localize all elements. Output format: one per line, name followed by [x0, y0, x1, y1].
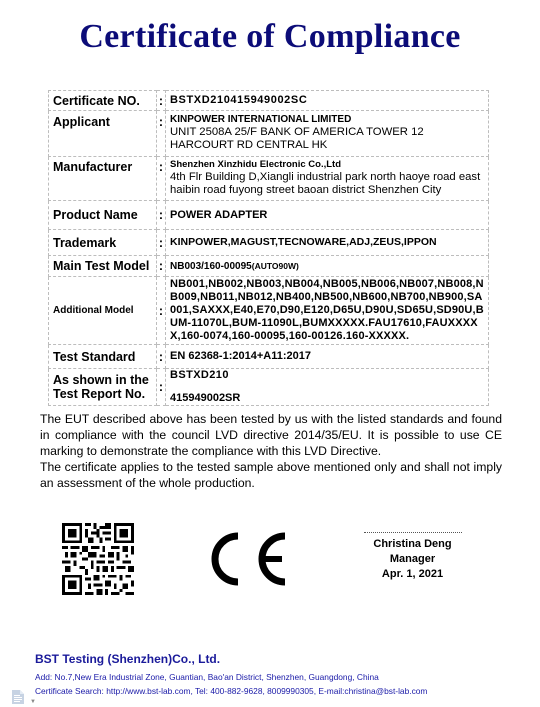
signatory-name: Christina Deng [360, 537, 465, 552]
test-report-line1: BSTXD210 [170, 369, 486, 382]
footer-address: Add: No.7,New Era Industrial Zone, Guant… [35, 672, 379, 682]
qr-code-icon [62, 523, 134, 595]
colon: : [157, 345, 166, 369]
value-additional-model: NB001,NB002,NB003,NB004,NB005,NB006,NB00… [166, 277, 489, 345]
value-trademark: KINPOWER,MAGUST,TECNOWARE,ADJ,ZEUS,IPPON [166, 230, 489, 256]
label-test-standard: Test Standard [49, 345, 157, 369]
colon: : [157, 111, 166, 157]
value-test-standard: EN 62368-1:2014+A11:2017 [166, 345, 489, 369]
value-main-test-model: NB003/160-00095(AUTO90W) [166, 256, 489, 277]
applicant-name: KINPOWER INTERNATIONAL LIMITED [170, 113, 486, 126]
label-certificate-no: Certificate NO. [49, 91, 157, 111]
row-additional-model: Additional Model : NB001,NB002,NB003,NB0… [49, 277, 489, 345]
manufacturer-address: 4th Flr Building D,Xiangli industrial pa… [170, 171, 486, 197]
compliance-statement: The EUT described above has been tested … [40, 411, 502, 491]
row-manufacturer: Manufacturer : Shenzhen Xinzhidu Electro… [49, 157, 489, 201]
statement-paragraph-2: The certificate applies to the tested sa… [40, 459, 502, 491]
label-main-test-model: Main Test Model [49, 256, 157, 277]
colon: : [157, 157, 166, 201]
signature-line [364, 532, 462, 533]
signatory-block: Christina Deng Manager Apr. 1, 2021 [360, 532, 465, 582]
value-product-name: POWER ADAPTER [166, 201, 489, 230]
row-test-standard: Test Standard : EN 62368-1:2014+A11:2017 [49, 345, 489, 369]
label-manufacturer: Manufacturer [49, 157, 157, 201]
ce-mark-icon [205, 530, 287, 588]
value-test-report: BSTXD210 415949002SR [166, 369, 489, 406]
page-title: Certificate of Compliance [0, 18, 540, 56]
signatory-role: Manager [360, 552, 465, 567]
colon: : [157, 201, 166, 230]
colon: : [157, 277, 166, 345]
row-product-name: Product Name : POWER ADAPTER [49, 201, 489, 230]
value-certificate-no: BSTXD210415949002SC [166, 91, 489, 111]
chevron-down-icon[interactable]: ▼ [30, 699, 36, 705]
statement-paragraph-1: The EUT described above has been tested … [40, 411, 502, 459]
test-report-line2: 415949002SR [170, 392, 486, 405]
row-test-report: As shown in the Test Report No. : BSTXD2… [49, 369, 489, 406]
label-applicant: Applicant [49, 111, 157, 157]
colon: : [157, 256, 166, 277]
value-manufacturer: Shenzhen Xinzhidu Electronic Co.,Ltd 4th… [166, 157, 489, 201]
row-main-test-model: Main Test Model : NB003/160-00095(AUTO90… [49, 256, 489, 277]
signatory-date: Apr. 1, 2021 [360, 567, 465, 582]
label-additional-model: Additional Model [49, 277, 157, 345]
applicant-address: UNIT 2508A 25/F BANK OF AMERICA TOWER 12… [170, 126, 486, 152]
footer-certificate-search: Certificate Search: http://www.bst-lab.c… [35, 686, 427, 696]
certificate-details-table: Certificate NO. : BSTXD210415949002SC Ap… [48, 90, 489, 406]
label-test-report-line2: Test Report No. [53, 387, 156, 401]
colon: : [157, 369, 166, 406]
label-test-report: As shown in the Test Report No. [49, 369, 157, 406]
colon: : [157, 230, 166, 256]
document-icon[interactable] [12, 690, 24, 704]
row-trademark: Trademark : KINPOWER,MAGUST,TECNOWARE,AD… [49, 230, 489, 256]
label-test-report-line1: As shown in the [53, 373, 156, 387]
label-product-name: Product Name [49, 201, 157, 230]
row-applicant: Applicant : KINPOWER INTERNATIONAL LIMIT… [49, 111, 489, 157]
manufacturer-name: Shenzhen Xinzhidu Electronic Co.,Ltd [170, 158, 486, 171]
row-certificate-no: Certificate NO. : BSTXD210415949002SC [49, 91, 489, 111]
main-model: NB003/160-00095 [170, 261, 252, 272]
value-applicant: KINPOWER INTERNATIONAL LIMITED UNIT 2508… [166, 111, 489, 157]
footer-company-name: BST Testing (Shenzhen)Co., Ltd. [35, 652, 220, 666]
main-model-suffix: (AUTO90W) [252, 261, 299, 271]
label-trademark: Trademark [49, 230, 157, 256]
colon: : [157, 91, 166, 111]
